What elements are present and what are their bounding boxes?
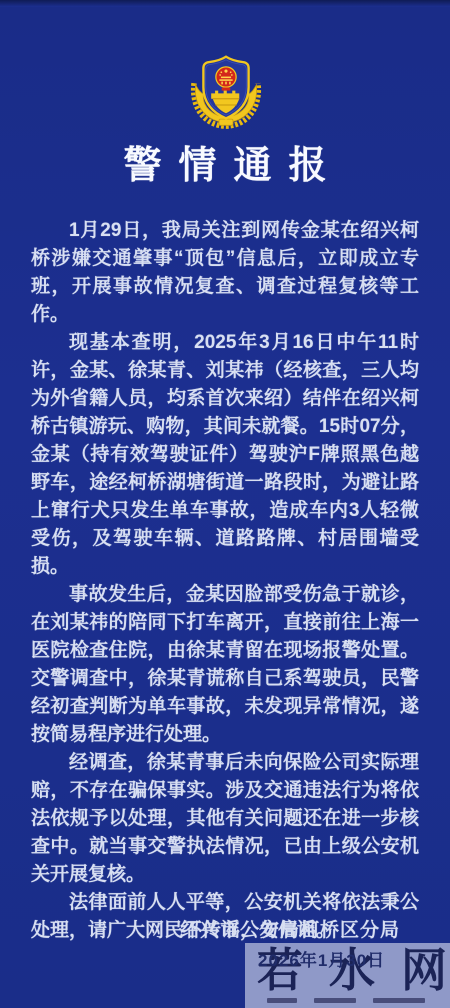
top-strip (0, 0, 450, 7)
notice-title: 警情通报 (0, 134, 450, 189)
notice-date: 2026年1月30日 (258, 946, 385, 971)
issuing-authority: 绍兴市公安局柯桥区分局 (180, 915, 400, 942)
notice-paragraph: 事故发生后，金某因脸部受伤急于就诊，在刘某祎的陪同下打车离开，直接前往上海一医院… (31, 581, 419, 749)
police-badge-icon (187, 52, 265, 130)
notice-paragraph: 经调查，徐某青事后未向保险公司实际理赔，不存在骗保事实。涉及交通违法行为将依法依… (31, 749, 419, 889)
notice-paragraph: 现基本查明，2025年3月16日中午11时许，金某、徐某青、刘某祎（经核查，三人… (31, 329, 419, 581)
notice-paragraph: 1月29日，我局关注到网传金某在绍兴柯桥涉嫌交通肇事“顶包”信息后，立即成立专班… (31, 217, 419, 329)
watermark-subtext-marks (267, 998, 425, 1003)
police-notice-poster: 警情通报 1月29日，我局关注到网传金某在绍兴柯桥涉嫌交通肇事“顶包”信息后，立… (0, 0, 450, 1008)
notice-body: 1月29日，我局关注到网传金某在绍兴柯桥涉嫌交通肇事“顶包”信息后，立即成立专班… (0, 217, 450, 945)
